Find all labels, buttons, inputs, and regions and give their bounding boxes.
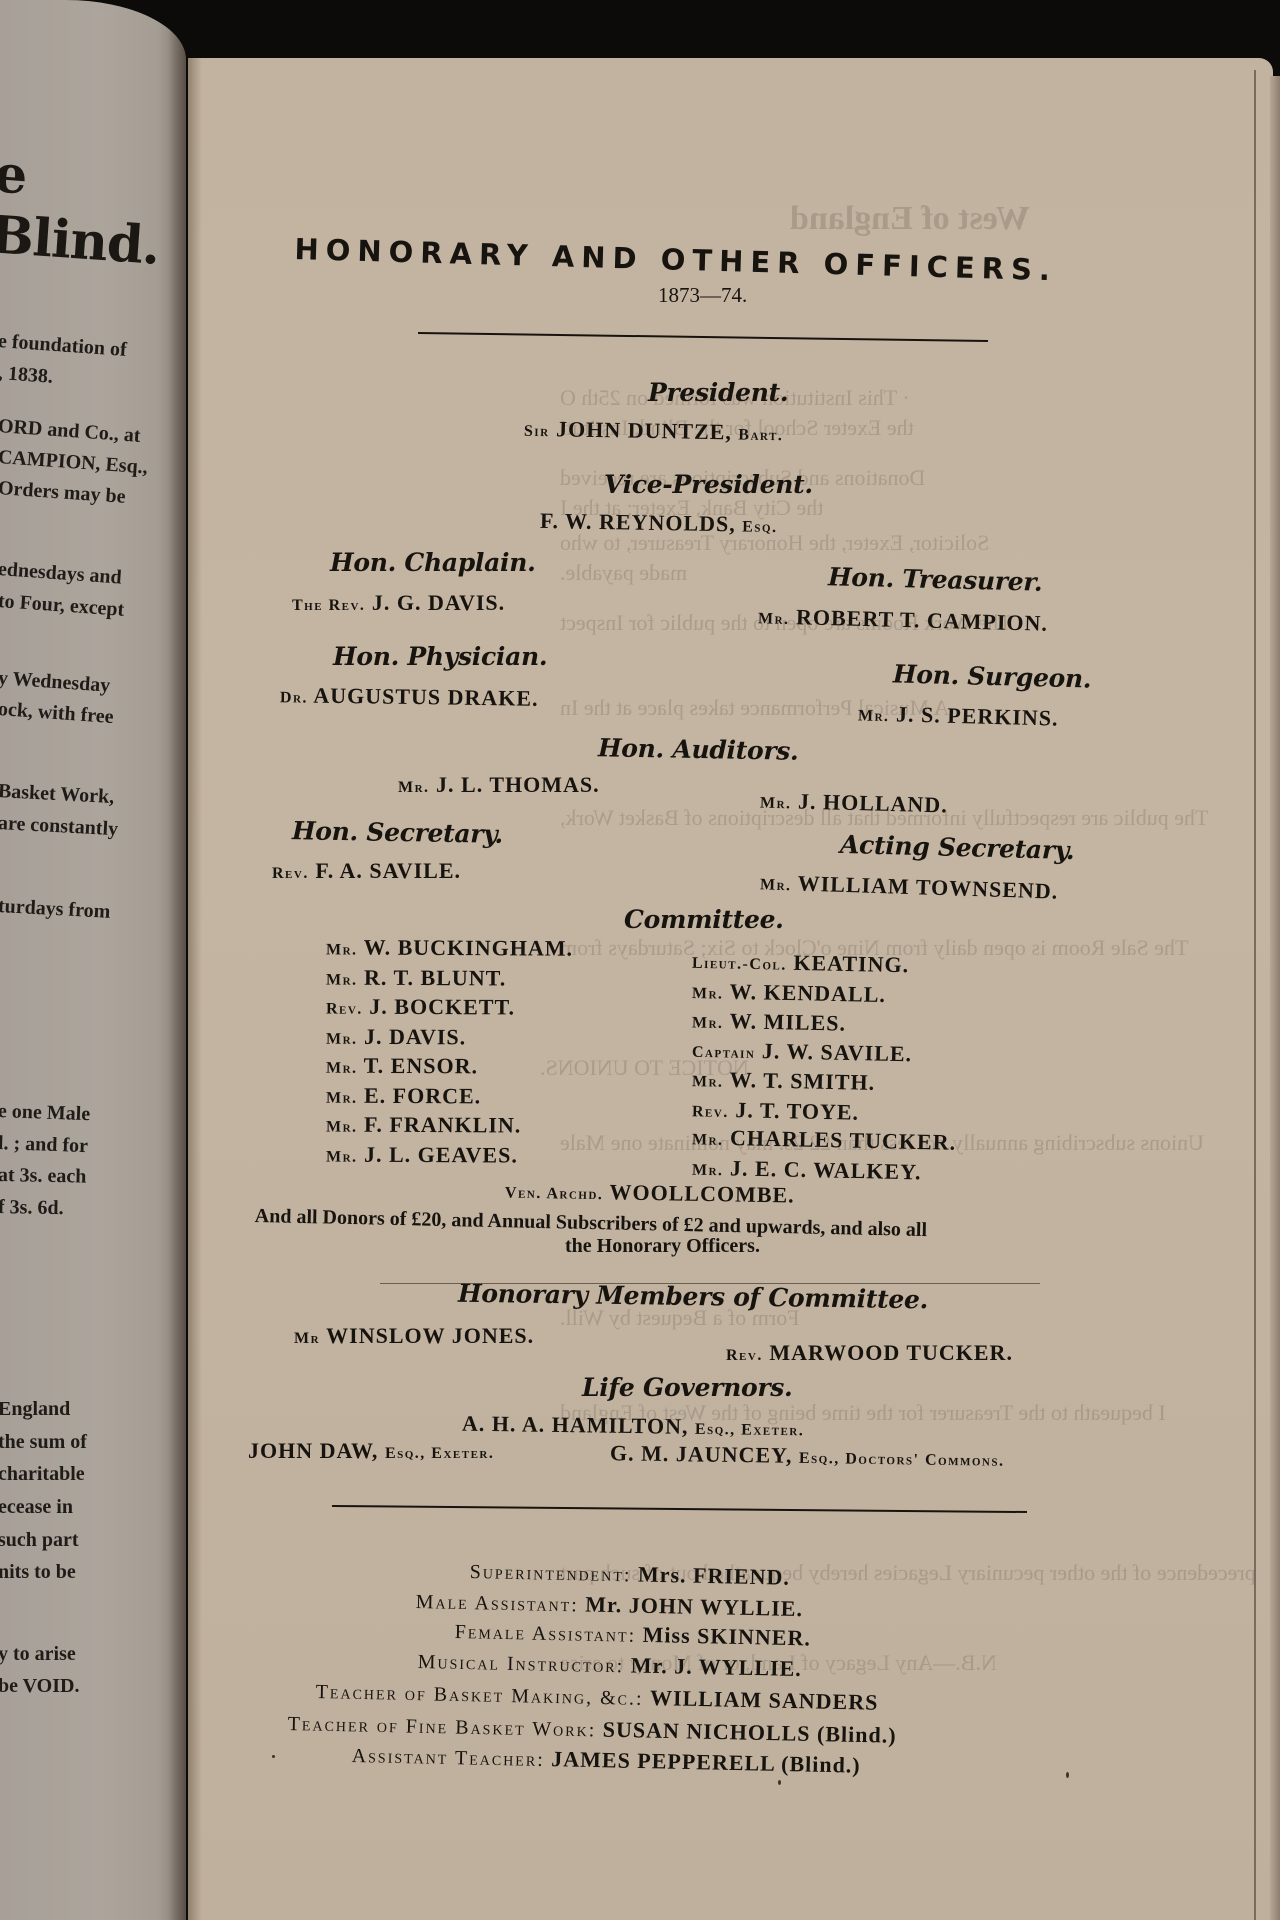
left-page-line: to Four, except <box>0 590 125 622</box>
left-page-line: Basket Work, <box>0 780 115 809</box>
committee-member: Mr. E. FORCE. <box>326 1082 481 1109</box>
left-page-line: the sum of <box>0 1431 87 1454</box>
physician-name: Dr. AUGUSTUS DRAKE. <box>280 682 539 712</box>
left-page-line: e foundation of <box>0 330 127 362</box>
honorary-member-1: Mr WINSLOW JONES. <box>294 1323 534 1349</box>
committee-member: Rev. J. T. TOYE. <box>692 1096 860 1125</box>
left-page-line: ecease in <box>0 1496 73 1519</box>
president-name: Sir JOHN DUNTZE, Bart. <box>524 416 784 447</box>
auditor-name-1: Mr. J. L. THOMAS. <box>398 772 600 798</box>
committee-member: Mr. J. L. GEAVES. <box>326 1141 518 1168</box>
page-edge-line <box>1254 70 1256 1920</box>
committee-member: Mr. J. E. C. WALKEY. <box>692 1154 922 1185</box>
bleed-through-heading: West of England <box>790 200 1030 238</box>
acting-secretary-heading: Acting Secretary. <box>840 830 1075 865</box>
committee-member: Mr. J. DAVIS. <box>326 1023 466 1050</box>
committee-member: Rev. J. BOCKETT. <box>326 994 515 1021</box>
secretary-name: Rev. F. A. SAVILE. <box>272 858 461 884</box>
left-page-line: , 1838. <box>0 362 54 389</box>
vice-president-heading: Vice-President. <box>604 470 813 499</box>
left-page-line: Orders may be <box>0 477 126 509</box>
physician-heading: Hon. Physician. <box>333 642 547 671</box>
left-page-line: are constantly <box>0 812 119 841</box>
committee-note-line-2: the Honorary Officers. <box>565 1235 760 1258</box>
surgeon-heading: Hon. Surgeon. <box>893 659 1092 693</box>
committee-member: Mr. CHARLES TUCKER. <box>692 1124 957 1156</box>
left-page-line: y to arise <box>0 1643 76 1666</box>
left-page-line: ock, with free <box>0 698 114 729</box>
bleed-through-line: made payable. <box>560 560 687 586</box>
committee-member: Captain J. W. SAVILE. <box>692 1036 913 1067</box>
life-governor-1: A. H. A. HAMILTON, Esq., Exeter. <box>462 1411 805 1442</box>
left-page: e Blind. e foundation of, 1838.ORD and C… <box>0 0 186 1920</box>
surgeon-name: Mr. J. S. PERKINS. <box>858 700 1059 731</box>
committee-member: Mr. F. FRANKLIN. <box>326 1111 521 1138</box>
vice-president-name: F. W. REYNOLDS, Esq. <box>540 508 778 538</box>
left-page-line: f 3s. 6d. <box>0 1196 64 1220</box>
committee-member: Lieut.-Col. KEATING. <box>692 948 910 979</box>
left-page-line: ednesdays and <box>0 558 122 590</box>
left-page-line: e one Male <box>0 1100 91 1126</box>
gutter-shadow <box>168 0 186 1920</box>
paper-speck <box>778 1780 781 1785</box>
committee-member: Mr. W. KENDALL. <box>692 977 886 1007</box>
left-page-line: CAMPION, Esq., <box>0 446 148 479</box>
committee-member: Mr. W. MILES. <box>692 1007 847 1036</box>
left-page-heading: e Blind. <box>0 143 186 278</box>
president-heading: President. <box>648 378 788 407</box>
left-page-line: l. ; and for <box>0 1132 88 1158</box>
paper-speck <box>1066 1772 1069 1778</box>
auditors-heading: Hon. Auditors. <box>598 733 799 765</box>
chaplain-name: The Rev. J. G. DAVIS. <box>292 590 505 616</box>
chaplain-heading: Hon. Chaplain. <box>330 548 536 577</box>
left-page-line: ORD and Co., at <box>0 415 141 448</box>
life-governors-heading: Life Governors. <box>582 1373 792 1402</box>
committee-member: Mr. R. T. BLUNT. <box>326 964 506 991</box>
life-governor-2: JOHN DAW, Esq., Exeter. <box>248 1438 494 1464</box>
secretary-heading: Hon. Secretary. <box>292 816 503 849</box>
committee-member: Mr. W. BUCKINGHAM. <box>326 934 573 961</box>
auditor-name-2: Mr. J. HOLLAND. <box>760 788 948 819</box>
page-stack-edge <box>1270 76 1280 1920</box>
left-page-line: at 3s. each <box>0 1164 87 1189</box>
committee-heading: Committee. <box>624 905 784 934</box>
left-page-line: be VOID. <box>0 1675 79 1698</box>
left-page-line: such part <box>0 1529 79 1552</box>
life-governor-3: G. M. JAUNCEY, Esq., Doctors' Commons. <box>610 1440 1005 1472</box>
committee-member: Mr. W. T. SMITH. <box>692 1066 876 1096</box>
treasurer-heading: Hon. Treasurer. <box>828 562 1043 597</box>
left-page-line: y Wednesday <box>0 667 111 698</box>
left-page-line: turdays from <box>0 895 111 924</box>
paper-speck <box>272 1755 275 1758</box>
committee-member: Mr. T. ENSOR. <box>326 1053 478 1080</box>
left-page-line: charitable <box>0 1463 85 1486</box>
committee-last-name: Ven. Archd. WOOLLCOMBE. <box>505 1177 795 1208</box>
year-range: 1873—74. <box>658 283 747 308</box>
left-page-line: nits to be <box>0 1561 76 1584</box>
honorary-member-2: Rev. MARWOOD TUCKER. <box>726 1340 1013 1366</box>
left-page-line: England <box>0 1398 70 1421</box>
